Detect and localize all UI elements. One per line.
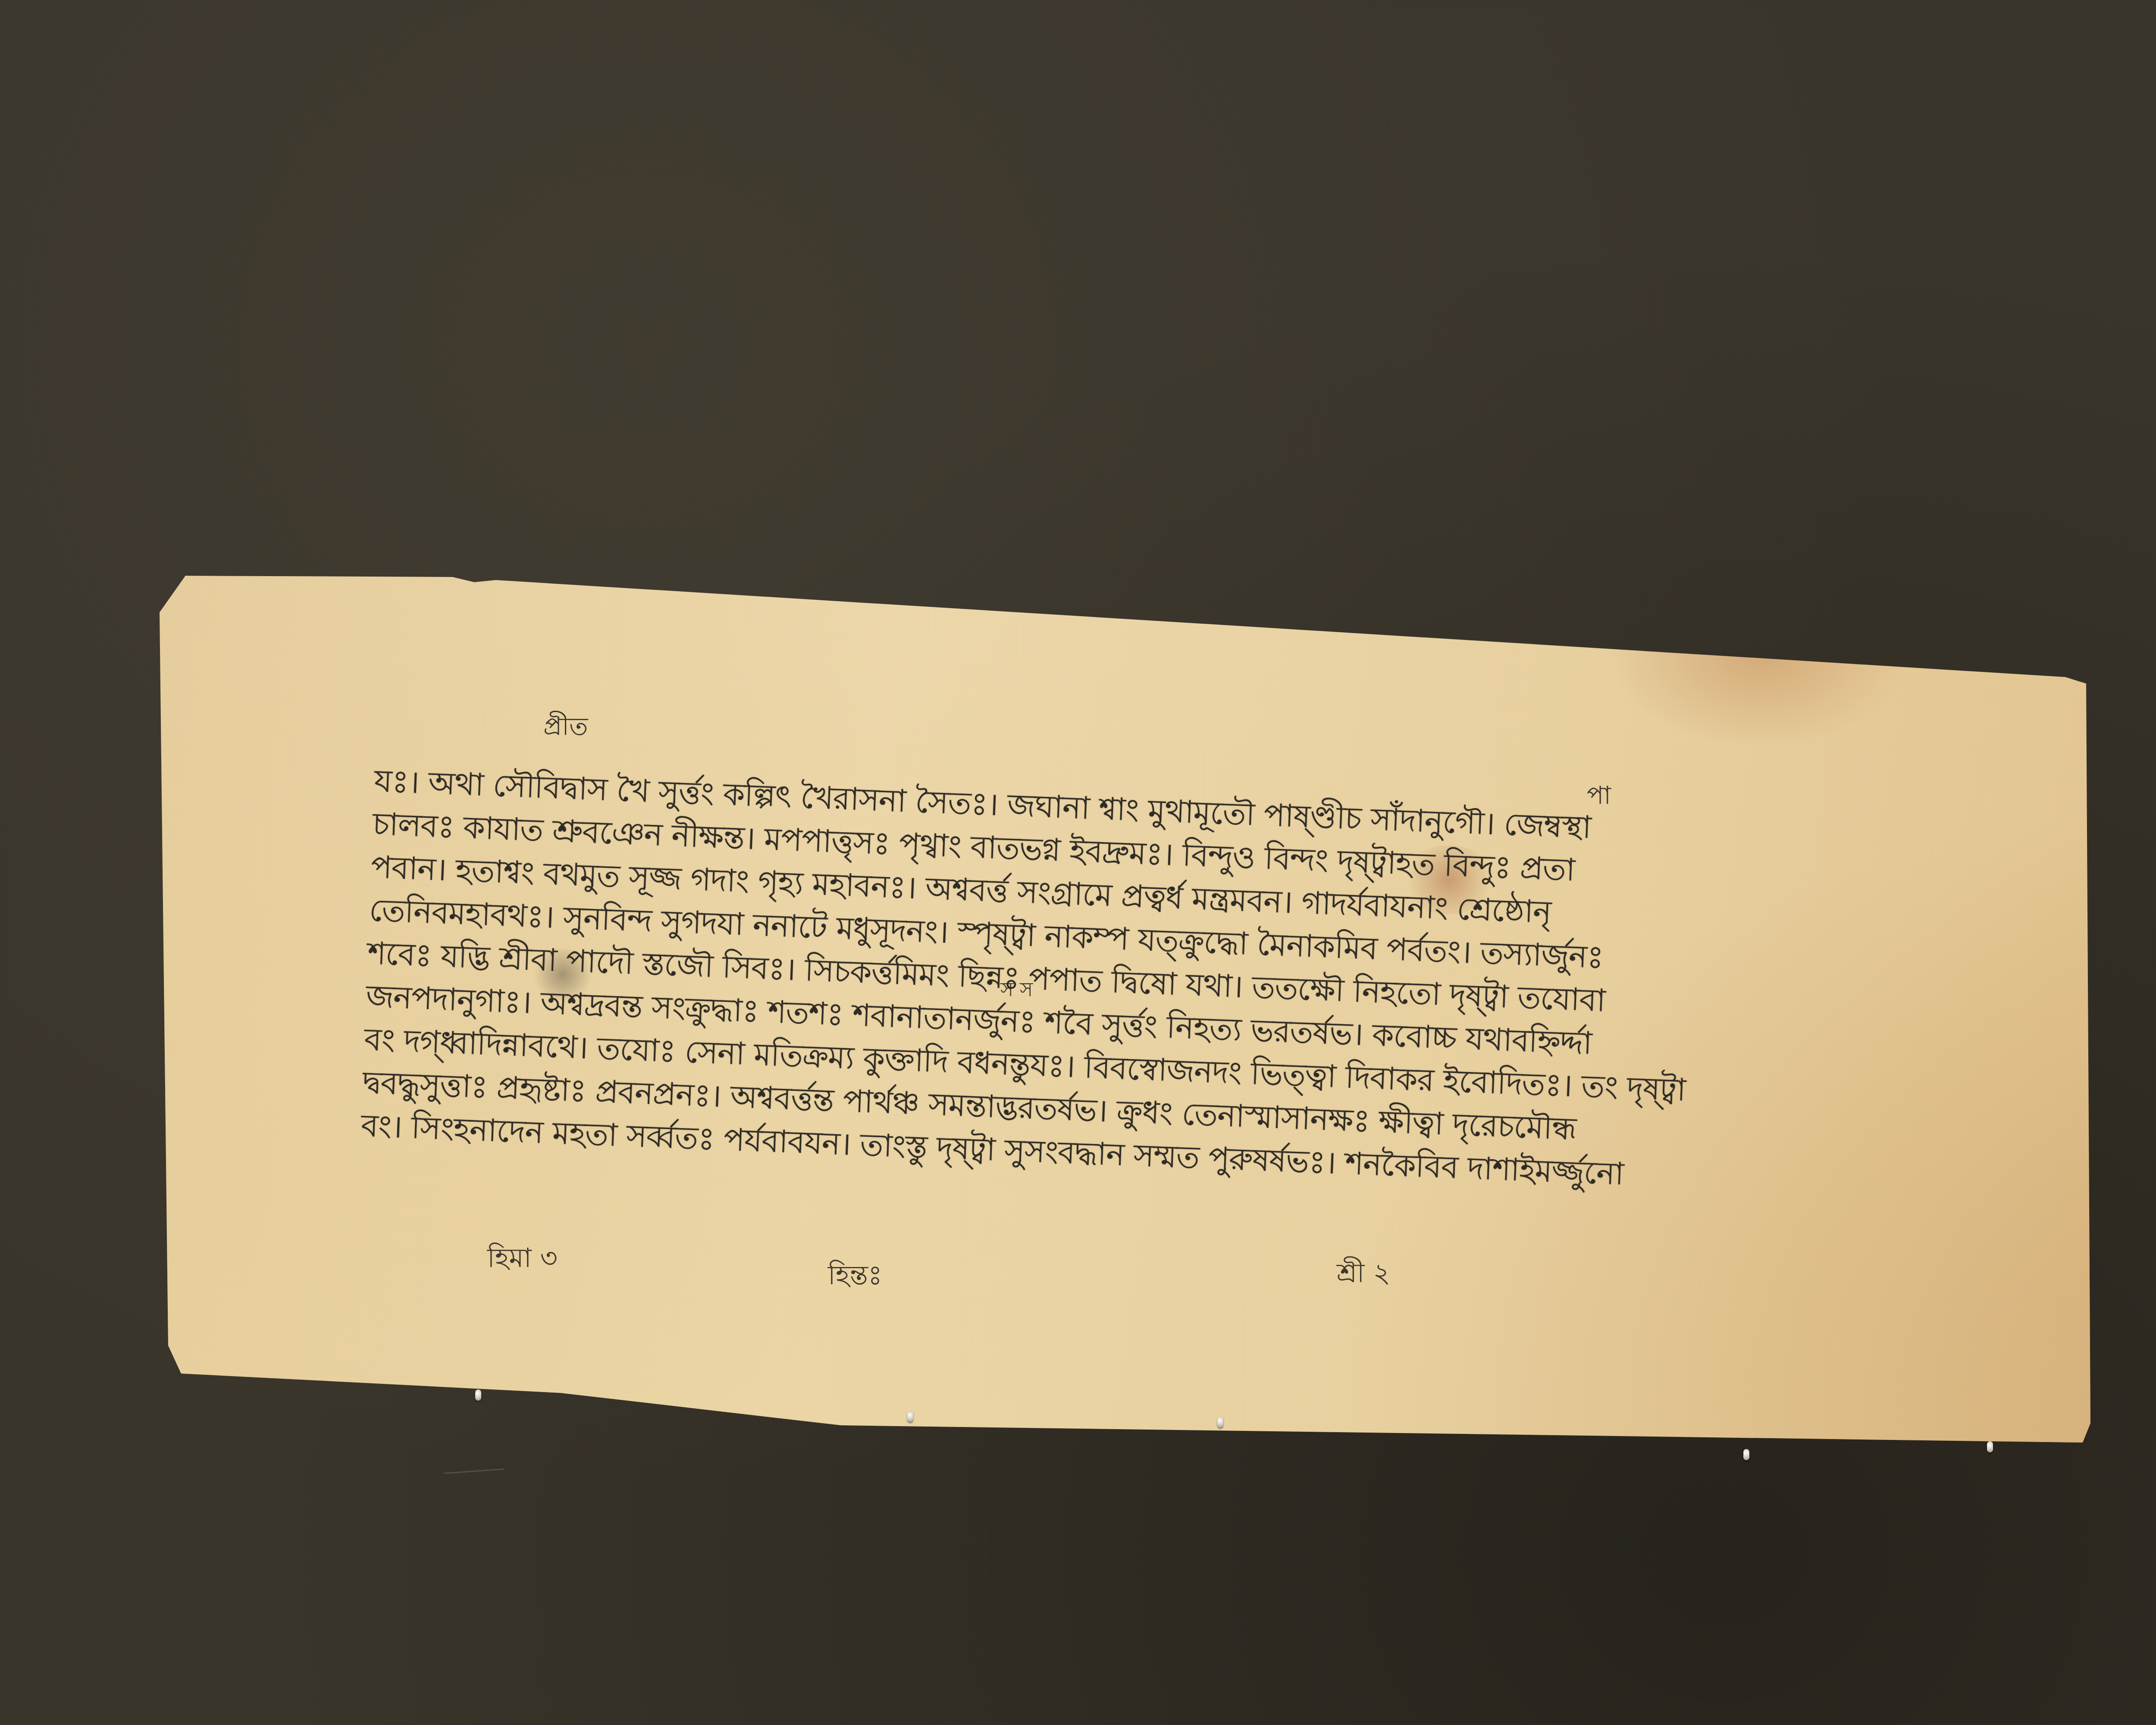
interlinear-note: প্রীত xyxy=(543,707,588,749)
mounting-pin xyxy=(1743,1449,1749,1460)
manuscript-text-block: যঃ। অথা সৌবিদ্বাস খৈ সুর্ত্তং কল্পিৎ খৈর… xyxy=(360,759,1883,1205)
mounting-pin xyxy=(907,1411,913,1422)
folio-mark-left: হিমা ৩ xyxy=(487,1238,558,1282)
mounting-pin xyxy=(1217,1417,1223,1428)
mounting-pin xyxy=(1987,1441,1993,1452)
folio-mark-center: হিন্তঃ xyxy=(828,1255,882,1299)
mounting-pin xyxy=(475,1389,481,1401)
background-scratch xyxy=(444,1468,505,1474)
folio-mark-right: শ্রী ২ xyxy=(1337,1253,1391,1297)
